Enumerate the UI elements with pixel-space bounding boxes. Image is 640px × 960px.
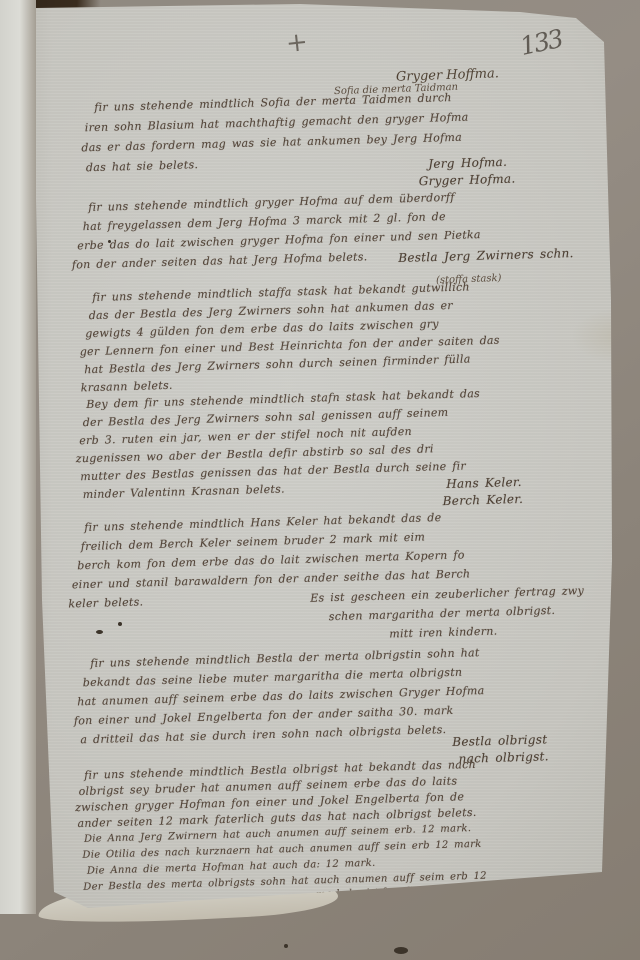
signature-line: Hans Keler. xyxy=(446,474,523,493)
ink-speck xyxy=(118,622,122,626)
record-paragraph: Bey dem fir uns stehende mindtlich stafn… xyxy=(86,385,483,504)
photo-of-manuscript: { "colors":{"background":"#8f8980","pape… xyxy=(0,0,640,960)
ink-speck xyxy=(96,630,103,634)
record-paragraph: fir uns stehende mindtlich Bestla olbrig… xyxy=(78,757,487,896)
ink-speck xyxy=(394,947,408,954)
cross-mark: + xyxy=(284,27,309,59)
ink-speck xyxy=(284,944,288,948)
record-signatures: Hans Keler. Berch Keler. xyxy=(446,474,523,510)
record-paragraph: fir uns stehende mindtlich Sofia der mer… xyxy=(94,88,470,178)
folio-number: 133 xyxy=(517,24,564,61)
signature-line: Bestla Jerg Zwirners schn. xyxy=(398,245,574,267)
manuscript-page: + 133 Gryger Hoffma. Sofia die merta Tai… xyxy=(0,0,640,960)
record-paragraph: fir uns stehende mindtlich staffa stask … xyxy=(92,278,501,397)
record-signatures: Jerg Hofma. Gryger Hofma. xyxy=(428,154,516,190)
record-signatures: Bestla Jerg Zwirners schn. xyxy=(398,245,574,267)
ink-speck xyxy=(108,240,111,243)
note-line: mitt iren kindern. xyxy=(389,619,585,643)
record-paragraph: fir uns stehende mindtlich Bestla der me… xyxy=(90,643,486,749)
underlying-page-edge xyxy=(0,0,36,914)
record-note: Es ist gescheen ein zeuberlicher fertrag… xyxy=(300,581,585,646)
